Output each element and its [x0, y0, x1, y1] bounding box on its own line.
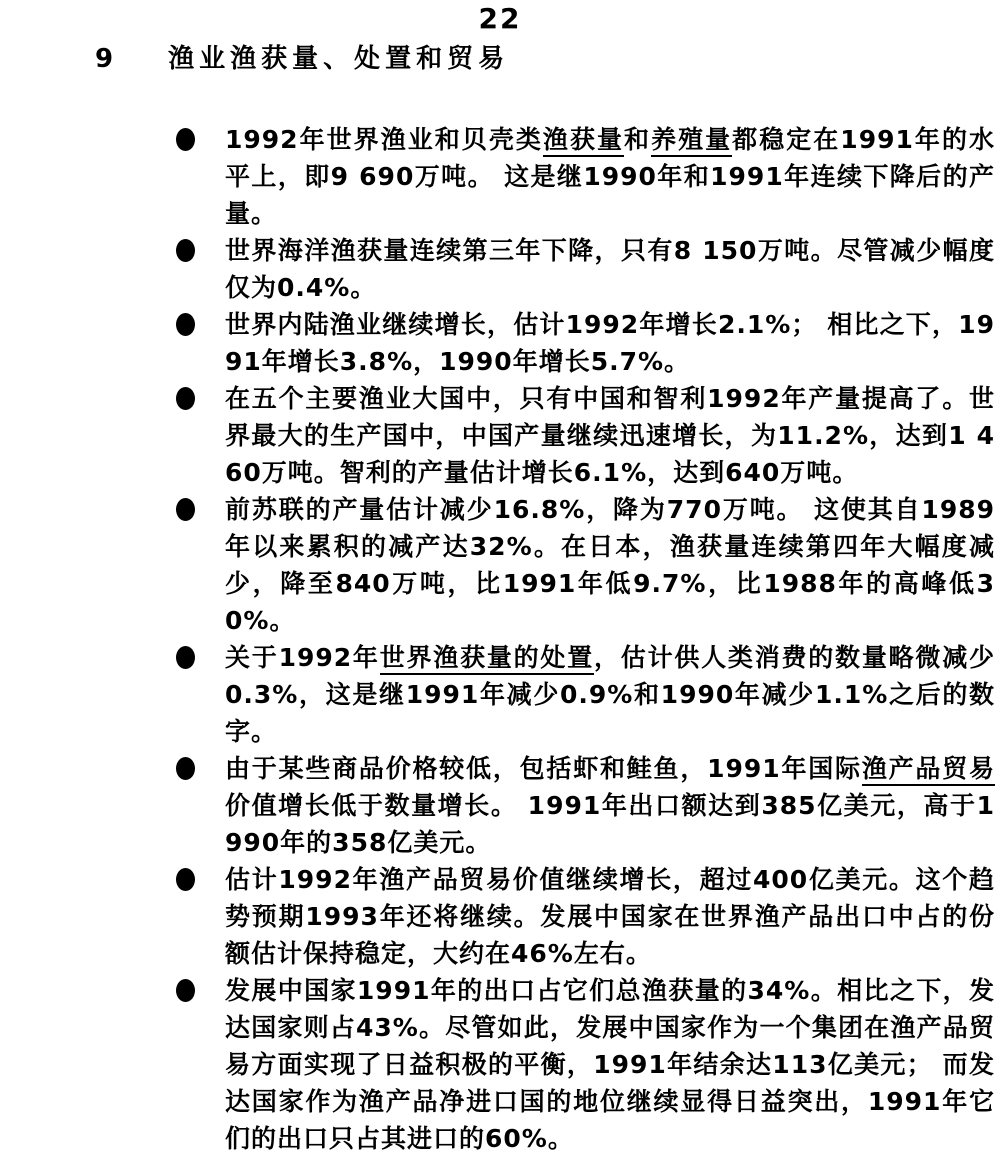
- bullet-item: 前苏联的产量估计减少16.8%，降为770万吨。 这使其自1989年以来累积的减…: [176, 491, 1000, 639]
- text-segment: 前苏联的产量估计减少16.8%，降为770万吨。 这使其自1989年以来累积的减…: [225, 495, 995, 635]
- bullet-text: 世界海洋渔获量连续第三年下降，只有8 150万吨。尽管减少幅度仅为0.4%。: [225, 232, 995, 306]
- bullet-item: 世界内陆渔业继续增长，估计1992年增长2.1%； 相比之下，1991年增长3.…: [176, 306, 1000, 380]
- underlined-term: 渔产品贸易: [862, 754, 995, 786]
- bullet-icon: [176, 128, 195, 151]
- bullet-text: 在五个主要渔业大国中，只有中国和智利1992年产量提高了。世界最大的生产国中，中…: [225, 380, 995, 491]
- bullet-list: 1992年世界渔业和贝壳类渔获量和养殖量都稳定在1991年的水平上，即9 690…: [0, 121, 1000, 1157]
- section-number: 9: [95, 42, 159, 76]
- bullet-item: 由于某些商品价格较低，包括虾和鲑鱼，1991年国际渔产品贸易价值增长低于数量增长…: [176, 750, 1000, 861]
- text-segment: 1992年世界渔业和贝壳类: [225, 125, 543, 154]
- bullet-text: 估计1992年渔产品贸易价值继续增长，超过400亿美元。这个趋势预期1993年还…: [225, 861, 995, 972]
- text-segment: 价值增长低于数量增长。 1991年出口额达到385亿美元，高于1990年的358…: [225, 791, 995, 857]
- text-segment: 世界海洋渔获量连续第三年下降，只有8 150万吨。尽管减少幅度仅为0.4%。: [225, 236, 995, 302]
- text-segment: 在五个主要渔业大国中，只有中国和智利1992年产量提高了。世界最大的生产国中，中…: [225, 384, 995, 487]
- section-heading: 9 渔业渔获量、处置和贸易: [0, 42, 1000, 76]
- page-number: 22: [0, 3, 1000, 35]
- text-segment: 和: [624, 125, 651, 154]
- text-segment: 世界内陆渔业继续增长，估计1992年增长2.1%； 相比之下，1991年增长3.…: [225, 310, 995, 376]
- text-segment: 估计1992年渔产品贸易价值继续增长，超过400亿美元。这个趋势预期1993年还…: [225, 865, 995, 968]
- bullet-text: 由于某些商品价格较低，包括虾和鲑鱼，1991年国际渔产品贸易价值增长低于数量增长…: [225, 750, 995, 861]
- bullet-icon: [176, 498, 195, 521]
- underlined-term: 渔获量: [543, 125, 624, 157]
- bullet-item: 在五个主要渔业大国中，只有中国和智利1992年产量提高了。世界最大的生产国中，中…: [176, 380, 1000, 491]
- bullet-icon: [176, 757, 195, 780]
- bullet-item: 发展中国家1991年的出口占它们总渔获量的34%。相比之下，发达国家则占43%。…: [176, 972, 1000, 1157]
- bullet-text: 发展中国家1991年的出口占它们总渔获量的34%。相比之下，发达国家则占43%。…: [225, 972, 995, 1157]
- bullet-text: 世界内陆渔业继续增长，估计1992年增长2.1%； 相比之下，1991年增长3.…: [225, 306, 995, 380]
- document-page: 22 9 渔业渔获量、处置和贸易 1992年世界渔业和贝壳类渔获量和养殖量都稳定…: [0, 0, 1000, 1171]
- bullet-icon: [176, 979, 195, 1002]
- bullet-item: 世界海洋渔获量连续第三年下降，只有8 150万吨。尽管减少幅度仅为0.4%。: [176, 232, 1000, 306]
- underlined-term: 养殖量: [651, 125, 732, 157]
- bullet-icon: [176, 646, 195, 669]
- bullet-item: 1992年世界渔业和贝壳类渔获量和养殖量都稳定在1991年的水平上，即9 690…: [176, 121, 1000, 232]
- bullet-icon: [176, 239, 195, 262]
- text-segment: 发展中国家1991年的出口占它们总渔获量的34%。相比之下，发达国家则占43%。…: [225, 976, 995, 1153]
- text-segment: 关于1992年: [225, 643, 380, 672]
- bullet-icon: [176, 313, 195, 336]
- underlined-term: 世界渔获量的处置: [380, 643, 594, 675]
- bullet-icon: [176, 868, 195, 891]
- bullet-text: 前苏联的产量估计减少16.8%，降为770万吨。 这使其自1989年以来累积的减…: [225, 491, 995, 639]
- section-title: 渔业渔获量、处置和贸易: [168, 44, 509, 74]
- bullet-text: 关于1992年世界渔获量的处置，估计供人类消费的数量略微减少0.3%，这是继19…: [225, 639, 995, 750]
- bullet-icon: [176, 387, 195, 410]
- bullet-item: 估计1992年渔产品贸易价值继续增长，超过400亿美元。这个趋势预期1993年还…: [176, 861, 1000, 972]
- bullet-item: 关于1992年世界渔获量的处置，估计供人类消费的数量略微减少0.3%，这是继19…: [176, 639, 1000, 750]
- bullet-text: 1992年世界渔业和贝壳类渔获量和养殖量都稳定在1991年的水平上，即9 690…: [225, 121, 995, 232]
- text-segment: 由于某些商品价格较低，包括虾和鲑鱼，1991年国际: [225, 754, 862, 783]
